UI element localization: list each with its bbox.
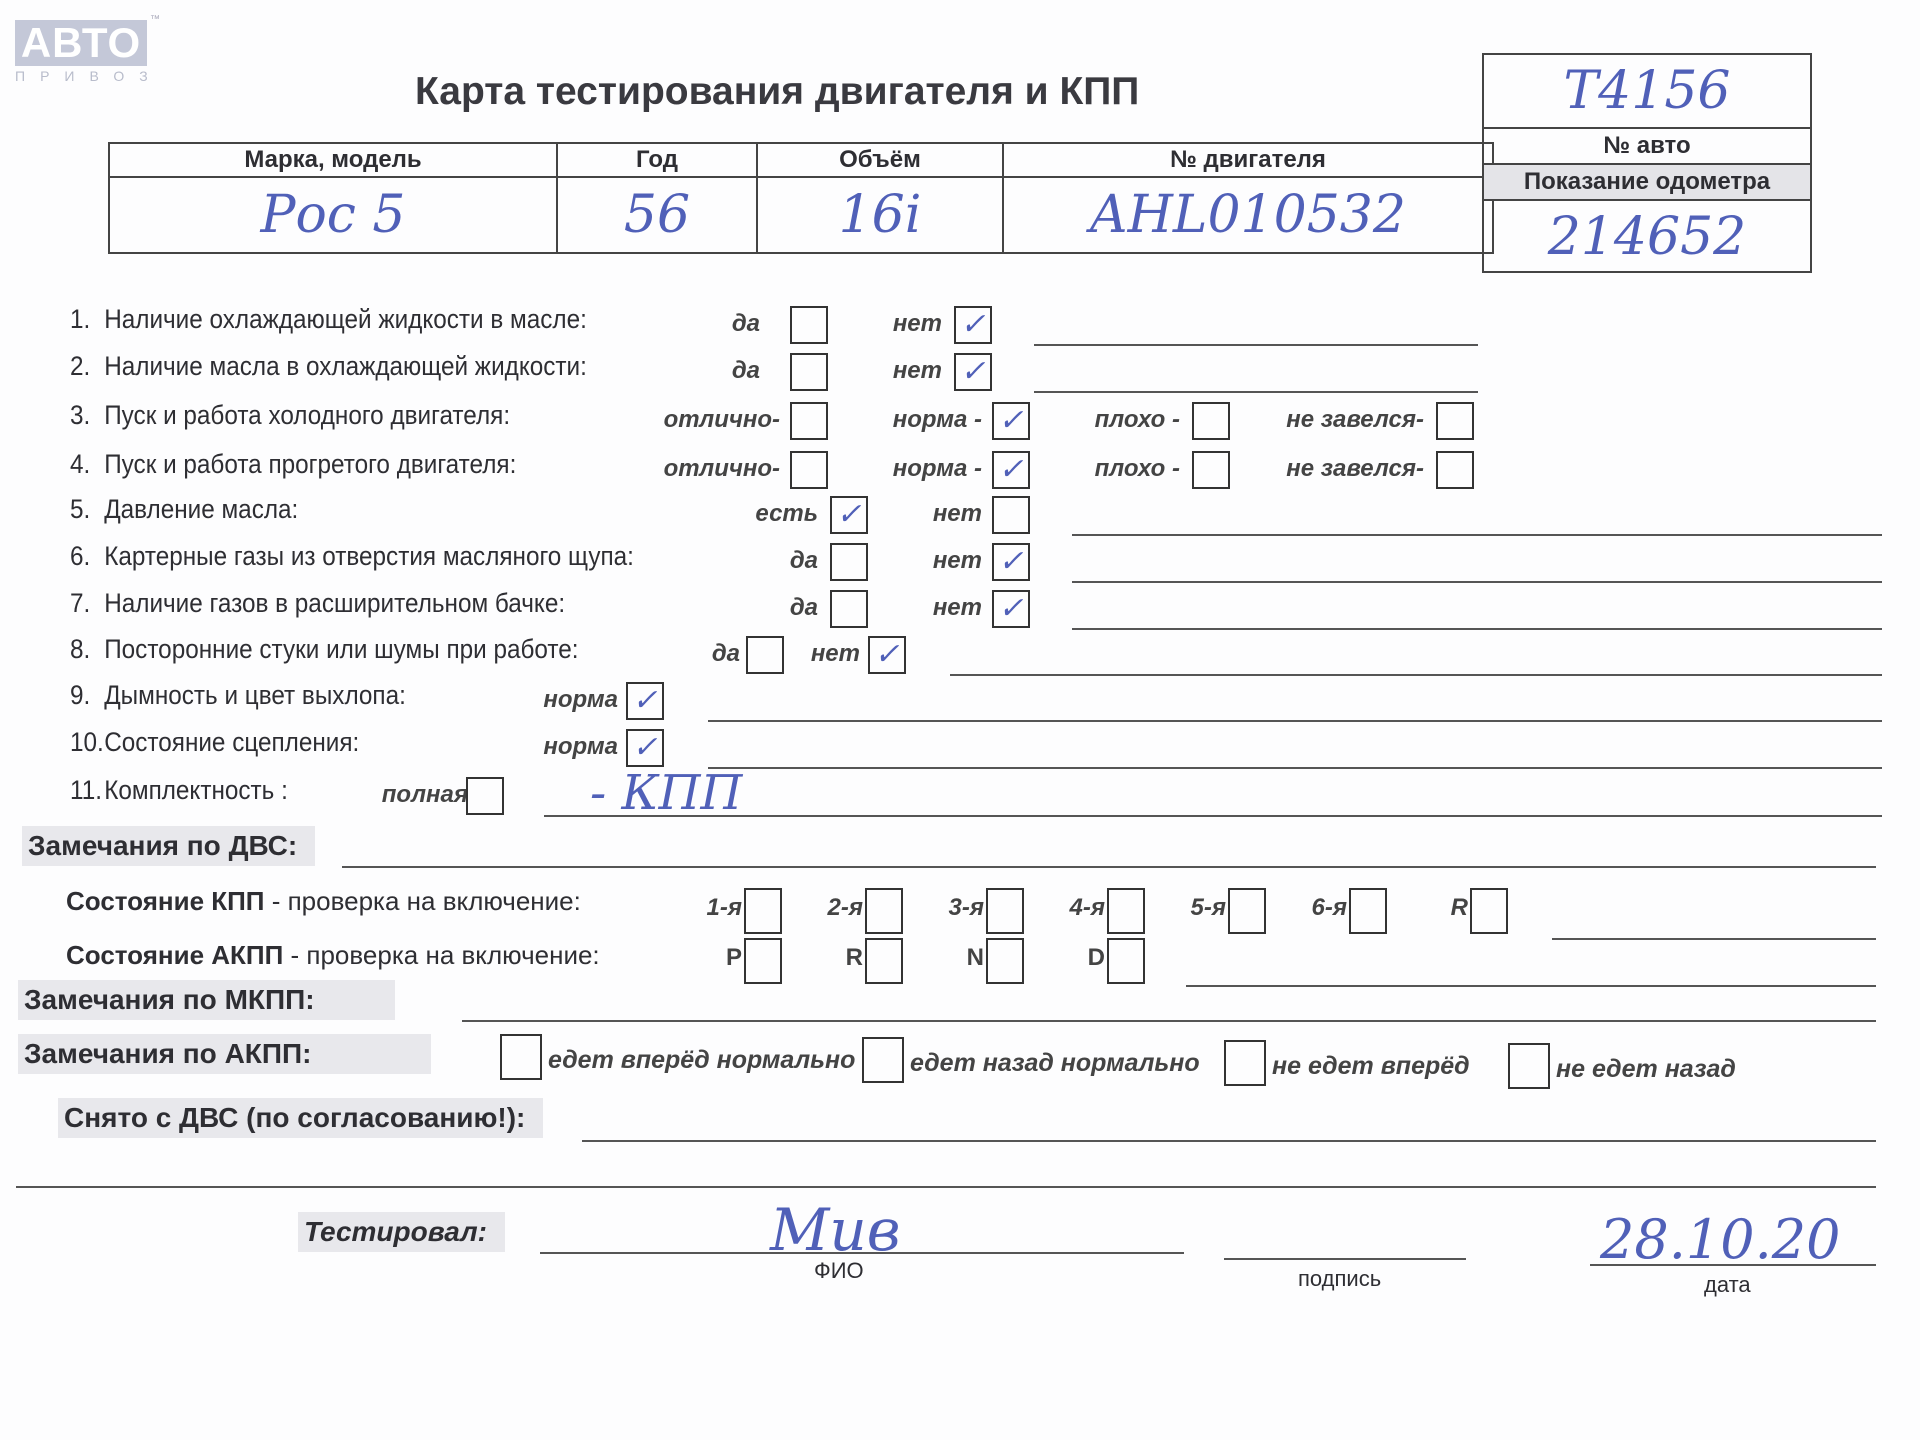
- row-number: 8.: [70, 634, 104, 665]
- option-label: да: [790, 594, 818, 622]
- removed-label: Снято с ДВС (по согласованию!):: [58, 1098, 543, 1138]
- notes-line[interactable]: [1034, 391, 1478, 393]
- remarks-auto-option-label: едет назад нормально: [910, 1049, 1200, 1078]
- checkbox[interactable]: [1436, 402, 1474, 440]
- option-label: есть: [755, 500, 818, 528]
- option-label: отлично-: [664, 455, 780, 483]
- tester-name-caption: ФИО: [814, 1258, 864, 1284]
- signature-line[interactable]: [1224, 1258, 1466, 1260]
- gear-label: 3-я: [949, 894, 984, 922]
- gear-label: R: [1451, 894, 1468, 922]
- auto-no-field[interactable]: T4156: [1484, 55, 1810, 129]
- auto-odometer-box: T4156 № авто Показание одометра 214652: [1482, 53, 1812, 273]
- odometer-label: Показание одометра: [1484, 165, 1810, 201]
- gear-label: P: [726, 944, 742, 972]
- check-row: 5.Давление масла:: [70, 494, 298, 525]
- checkbox[interactable]: ✓: [954, 353, 992, 391]
- remarks-manual-label: Замечания по МКПП:: [18, 980, 395, 1020]
- option-label: отлично-: [664, 406, 780, 434]
- checkbox[interactable]: [1192, 402, 1230, 440]
- notes-line[interactable]: [1034, 344, 1478, 346]
- row-label: Состояние сцепления:: [104, 727, 359, 757]
- checkbox[interactable]: ✓: [992, 543, 1030, 581]
- column-header-volume: Объём: [757, 143, 1003, 177]
- volume-field[interactable]: 16i: [757, 177, 1003, 253]
- gear-checkbox[interactable]: [744, 938, 782, 984]
- option-label: нет: [933, 500, 982, 528]
- manual-gearbox-label: Состояние КПП - проверка на включение:: [66, 886, 581, 917]
- gear-label: 1-я: [707, 894, 742, 922]
- gear-checkbox[interactable]: [1228, 888, 1266, 934]
- row-number: 11.: [70, 775, 104, 806]
- column-header-year: Год: [557, 143, 757, 177]
- divider: [16, 1186, 1876, 1188]
- option-label: да: [712, 640, 740, 668]
- auto-no-label: № авто: [1484, 129, 1810, 165]
- signature-caption: подпись: [1298, 1266, 1381, 1292]
- row-number: 7.: [70, 588, 104, 619]
- remarks-auto-option-label: не едет вперёд: [1272, 1052, 1470, 1081]
- gear-label: 6-я: [1312, 894, 1347, 922]
- notes-line[interactable]: [708, 720, 1882, 722]
- gear-checkbox[interactable]: [1470, 888, 1508, 934]
- option-label: да: [732, 357, 760, 385]
- remarks-auto-checkbox[interactable]: [1508, 1043, 1550, 1089]
- option-label: нет: [893, 310, 942, 338]
- removed-line[interactable]: [582, 1140, 1876, 1142]
- checkbox[interactable]: ✓: [992, 451, 1030, 489]
- remarks-auto-label: Замечания по АКПП:: [18, 1034, 431, 1074]
- row-number: 3.: [70, 400, 104, 431]
- check-row: 3.Пуск и работа холодного двигателя:: [70, 400, 510, 431]
- gear-checkbox[interactable]: [865, 888, 903, 934]
- option-label: не завелся-: [1286, 406, 1424, 434]
- gear-label: 2-я: [828, 894, 863, 922]
- check-row: 7.Наличие газов в расширительном бачке:: [70, 588, 565, 619]
- checkbox[interactable]: ✓: [992, 590, 1030, 628]
- option-label: норма: [543, 733, 618, 761]
- checkbox[interactable]: ✓: [626, 682, 664, 720]
- check-row: 6.Картерные газы из отверстия масляного …: [70, 541, 634, 572]
- gear-label: D: [1088, 944, 1105, 972]
- checkbox[interactable]: ✓: [954, 306, 992, 344]
- gear-checkbox[interactable]: [744, 888, 782, 934]
- row-number: 4.: [70, 449, 104, 480]
- check-row: 10.Состояние сцепления:: [70, 727, 359, 758]
- option-label: плохо -: [1095, 455, 1180, 483]
- row-label: Пуск и работа холодного двигателя:: [104, 400, 510, 430]
- checkbox[interactable]: [830, 543, 868, 581]
- check-row: 8.Посторонние стуки или шумы при работе:: [70, 634, 579, 665]
- remarks-auto-option-label: едет вперёд нормально: [548, 1046, 855, 1075]
- logo: АВТО: [15, 20, 147, 66]
- logo-trademark: ™: [150, 14, 160, 25]
- option-label: нет: [933, 547, 982, 575]
- check-row: 11.Комплектность :: [70, 775, 288, 806]
- checkbox[interactable]: ✓: [868, 636, 906, 674]
- row-number: 2.: [70, 351, 104, 382]
- date-caption: дата: [1704, 1272, 1751, 1298]
- gear-checkbox[interactable]: [986, 888, 1024, 934]
- checkbox[interactable]: [790, 306, 828, 344]
- remarks-auto-checkbox[interactable]: [862, 1037, 904, 1083]
- notes-line[interactable]: [1072, 628, 1882, 630]
- completeness-note[interactable]: - КПП: [590, 765, 742, 821]
- date-value[interactable]: 28.10.20: [1600, 1208, 1840, 1271]
- manual-gearbox-line[interactable]: [1552, 938, 1876, 940]
- auto-gearbox-label: Состояние АКПП - проверка на включение:: [66, 940, 600, 971]
- remarks-ice-line[interactable]: [342, 866, 1876, 868]
- row-number: 10.: [70, 727, 104, 758]
- gear-label: N: [967, 944, 984, 972]
- row-number: 1.: [70, 304, 104, 335]
- check-row: 9.Дымность и цвет выхлопа:: [70, 680, 406, 711]
- remarks-auto-option-label: не едет назад: [1556, 1055, 1736, 1084]
- logo-subtitle: ПРИВОЗ: [15, 68, 163, 84]
- vehicle-info-table: Марка, модель Год Объём № двигателя Рос …: [108, 142, 1494, 254]
- checkbox[interactable]: [790, 451, 828, 489]
- option-label: плохо -: [1095, 406, 1180, 434]
- column-header-make-model: Марка, модель: [109, 143, 557, 177]
- check-row: 4.Пуск и работа прогретого двигателя:: [70, 449, 516, 480]
- checkbox[interactable]: [790, 353, 828, 391]
- option-label: нет: [933, 594, 982, 622]
- row-label: Посторонние стуки или шумы при работе:: [104, 634, 578, 664]
- check-row: 2.Наличие масла в охлаждающей жидкости:: [70, 351, 587, 382]
- option-label: да: [790, 547, 818, 575]
- gear-checkbox[interactable]: [1107, 888, 1145, 934]
- gear-checkbox[interactable]: [1107, 938, 1145, 984]
- checkbox[interactable]: [1436, 451, 1474, 489]
- page-title: Карта тестирования двигателя и КПП: [415, 70, 1139, 114]
- gear-checkbox[interactable]: [865, 938, 903, 984]
- row-number: 5.: [70, 494, 104, 525]
- row-label: Давление масла:: [104, 494, 298, 524]
- row-number: 9.: [70, 680, 104, 711]
- notes-line[interactable]: [1072, 581, 1882, 583]
- gear-checkbox[interactable]: [1349, 888, 1387, 934]
- notes-line[interactable]: [708, 767, 1882, 769]
- row-label: Наличие масла в охлаждающей жидкости:: [104, 351, 587, 381]
- checkbox[interactable]: [830, 590, 868, 628]
- gear-label: 5-я: [1191, 894, 1226, 922]
- checkbox[interactable]: [466, 777, 504, 815]
- option-label: нет: [893, 357, 942, 385]
- notes-line[interactable]: [544, 815, 1882, 817]
- engine-no-field[interactable]: AHL010532: [1003, 177, 1493, 253]
- option-label: норма: [543, 686, 618, 714]
- gear-label: R: [846, 944, 863, 972]
- column-header-engine-no: № двигателя: [1003, 143, 1493, 177]
- option-label: да: [732, 310, 760, 338]
- checkbox[interactable]: [790, 402, 828, 440]
- row-number: 6.: [70, 541, 104, 572]
- row-label: Дымность и цвет выхлопа:: [104, 680, 406, 710]
- row-label: Наличие охлаждающей жидкости в масле:: [104, 304, 587, 334]
- gear-label: 4-я: [1070, 894, 1105, 922]
- gear-checkbox[interactable]: [986, 938, 1024, 984]
- remarks-ice-label: Замечания по ДВС:: [22, 826, 315, 866]
- option-label: норма -: [893, 406, 982, 434]
- row-label: Картерные газы из отверстия масляного щу…: [104, 541, 634, 571]
- tested-by-label: Тестировал:: [298, 1212, 505, 1252]
- notes-line[interactable]: [1072, 534, 1882, 536]
- option-label: нет: [811, 640, 860, 668]
- year-field[interactable]: 56: [557, 177, 757, 253]
- notes-line[interactable]: [950, 674, 1882, 676]
- check-row: 1.Наличие охлаждающей жидкости в масле:: [70, 304, 587, 335]
- odometer-field[interactable]: 214652: [1484, 201, 1810, 271]
- checkbox[interactable]: ✓: [830, 496, 868, 534]
- checkbox[interactable]: [992, 496, 1030, 534]
- checkbox[interactable]: ✓: [626, 729, 664, 767]
- row-label: Пуск и работа прогретого двигателя:: [104, 449, 516, 479]
- row-label: Наличие газов в расширительном бачке:: [104, 588, 565, 618]
- checkbox[interactable]: [746, 636, 784, 674]
- option-label: не завелся-: [1286, 455, 1424, 483]
- remarks-manual-line[interactable]: [462, 1020, 1876, 1022]
- auto-gearbox-line[interactable]: [1186, 985, 1876, 987]
- option-label: полная: [382, 781, 468, 809]
- row-label: Комплектность :: [104, 775, 288, 805]
- remarks-auto-checkbox[interactable]: [1224, 1040, 1266, 1086]
- tester-name-line[interactable]: [540, 1252, 1184, 1254]
- checkbox[interactable]: ✓: [992, 402, 1030, 440]
- remarks-auto-checkbox[interactable]: [500, 1034, 542, 1080]
- checkbox[interactable]: [1192, 451, 1230, 489]
- date-line[interactable]: [1590, 1264, 1876, 1266]
- make-model-field[interactable]: Рос 5: [109, 177, 557, 253]
- option-label: норма -: [893, 455, 982, 483]
